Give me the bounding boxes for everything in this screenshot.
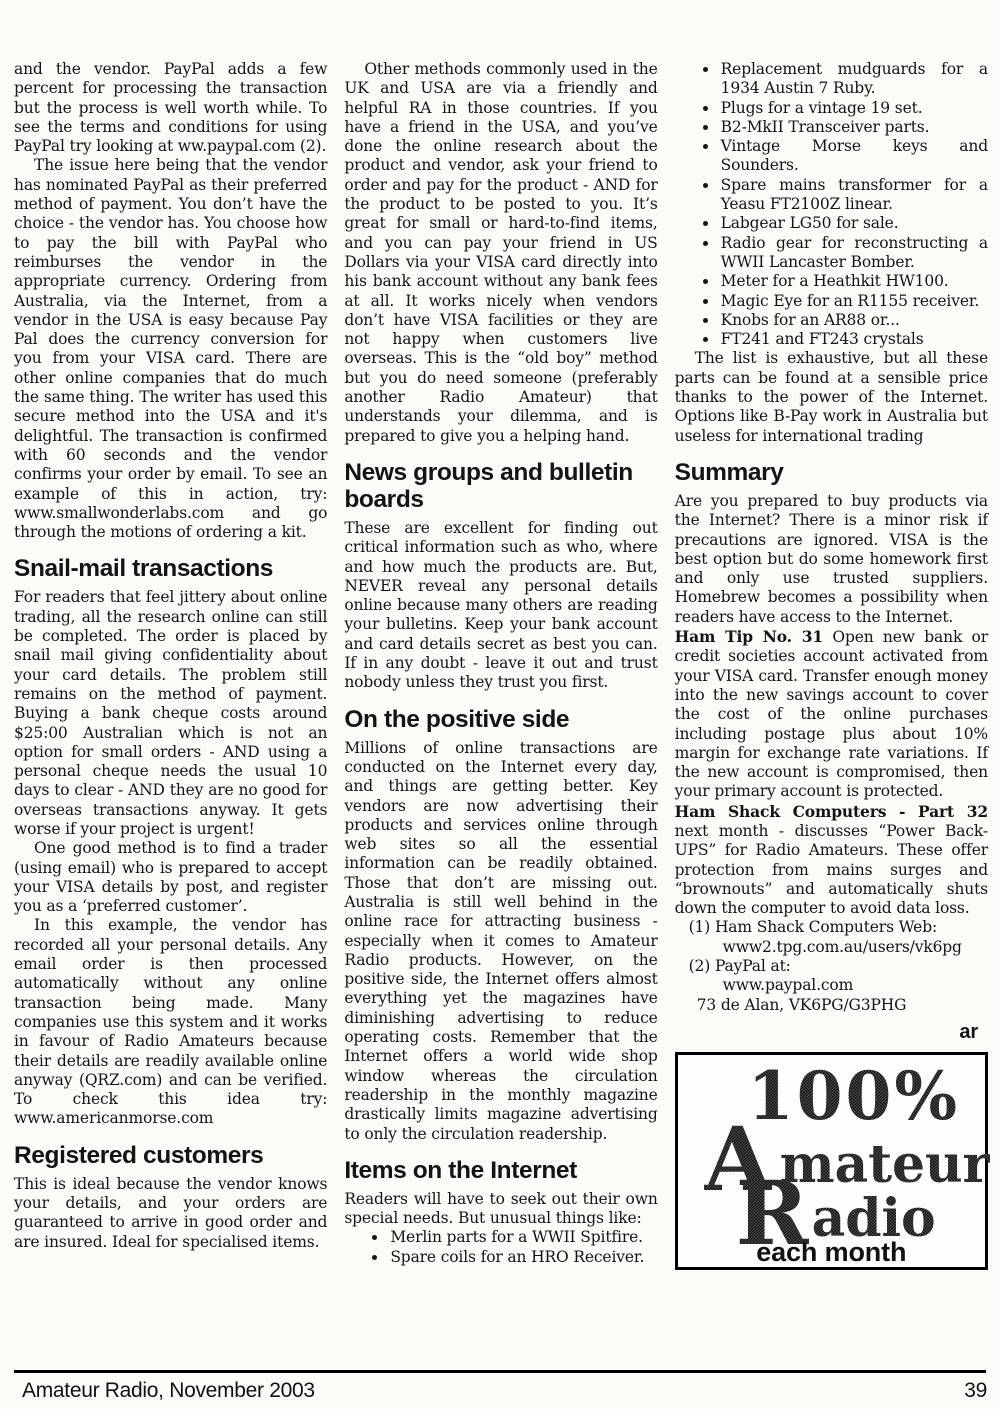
internet-items-list: Merlin parts for a WWII Spitfire. Spare … — [344, 1228, 657, 1267]
reference-1-label: (1) Ham Shack Computers Web: — [675, 918, 988, 937]
column-1: and the vendor. PayPal adds a few percen… — [14, 60, 327, 1366]
references: (1) Ham Shack Computers Web: www2.tpg.co… — [675, 918, 988, 1014]
heading-summary: Summary — [675, 459, 988, 486]
body-paragraph: The issue here being that the vendor has… — [14, 156, 327, 542]
list-item: Replacement mudguards for a 1934 Austin … — [719, 60, 988, 99]
column-2: Other methods commonly used in the UK an… — [344, 60, 657, 1366]
next-month-text: next month - discusses “Power Back-UPS” … — [675, 822, 988, 917]
list-item: Vintage Morse keys and Sounders. — [719, 137, 988, 176]
footer-journal-issue: Amateur Radio, November 2003 — [22, 1379, 315, 1403]
body-paragraph: In this example, the vendor has recorded… — [14, 916, 327, 1128]
heading-snail-mail-transactions: Snail-mail transactions — [14, 555, 327, 582]
footer-rule — [14, 1370, 986, 1373]
heading-items-on-the-internet: Items on the Internet — [344, 1157, 657, 1184]
ham-tip-text: Open new bank or credit societies accoun… — [675, 628, 988, 800]
ham-tip-paragraph: Ham Tip No. 31 Open new bank or credit s… — [675, 627, 988, 802]
author-signoff: 73 de Alan, VK6PG/G3PHG — [675, 996, 988, 1015]
ad-amateur-rest: mateur — [780, 1139, 990, 1191]
body-paragraph: Other methods commonly used in the UK an… — [344, 60, 657, 446]
ham-tip-label: Ham Tip No. 31 — [675, 627, 823, 646]
list-item: Knobs for an AR88 or... — [719, 311, 988, 330]
list-item: Magic Eye for an R1155 receiver. — [719, 292, 988, 311]
body-paragraph: These are excellent for finding out crit… — [344, 519, 657, 693]
list-item: Meter for a Heathkit HW100. — [719, 272, 988, 291]
list-item: Merlin parts for a WWII Spitfire. — [388, 1228, 657, 1247]
list-item: Radio gear for reconstructing a WWII Lan… — [719, 234, 988, 273]
amateur-radio-advert: 100% A mateur R adio each month — [675, 1052, 988, 1270]
list-item: Labgear LG50 for sale. — [719, 214, 988, 233]
body-paragraph: Readers will have to seek out their own … — [344, 1190, 657, 1229]
heading-on-the-positive-side: On the positive side — [344, 706, 657, 733]
body-paragraph: One good method is to find a trader (usi… — [14, 839, 327, 916]
body-paragraph: The list is exhaustive, but all these pa… — [675, 349, 988, 445]
page-footer: Amateur Radio, November 2003 39 — [22, 1379, 987, 1403]
heading-news-groups-bulletin-boards: News groups and bulletin boards — [344, 459, 657, 513]
body-paragraph: and the vendor. PayPal adds a few percen… — [14, 60, 327, 156]
next-month-paragraph: Ham Shack Computers - Part 32 next month… — [675, 802, 988, 919]
body-paragraph: For readers that feel jittery about onli… — [14, 588, 327, 839]
body-paragraph: Millions of online transactions are cond… — [344, 739, 657, 1144]
column-3: Replacement mudguards for a 1934 Austin … — [675, 60, 988, 1366]
list-item: Spare coils for an HRO Receiver. — [388, 1248, 657, 1267]
list-item: Plugs for a vintage 19 set. — [719, 99, 988, 118]
list-item: FT241 and FT243 crystals — [719, 330, 988, 349]
ad-100-percent-text: 100% — [748, 1063, 960, 1129]
internet-items-list-continued: Replacement mudguards for a 1934 Austin … — [675, 60, 988, 349]
next-month-label: Ham Shack Computers - Part 32 — [675, 802, 988, 821]
footer-page-number: 39 — [964, 1379, 987, 1403]
body-paragraph: Are you prepared to buy products via the… — [675, 492, 988, 627]
article-end-mark: ar — [675, 1023, 988, 1042]
reference-1-url: www2.tpg.com.au/users/vk6pg — [675, 938, 988, 957]
reference-2-label: (2) PayPal at: — [675, 957, 988, 976]
heading-registered-customers: Registered customers — [14, 1142, 327, 1169]
list-item: B2-MkII Transceiver parts. — [719, 118, 988, 137]
ad-each-month-text: each month — [678, 1243, 985, 1262]
list-item: Spare mains transformer for a Yeasu FT21… — [719, 176, 988, 215]
magazine-page: and the vendor. PayPal adds a few percen… — [0, 0, 1000, 1366]
reference-2-url: www.paypal.com — [675, 976, 988, 995]
body-paragraph: This is ideal because the vendor knows y… — [14, 1175, 327, 1252]
